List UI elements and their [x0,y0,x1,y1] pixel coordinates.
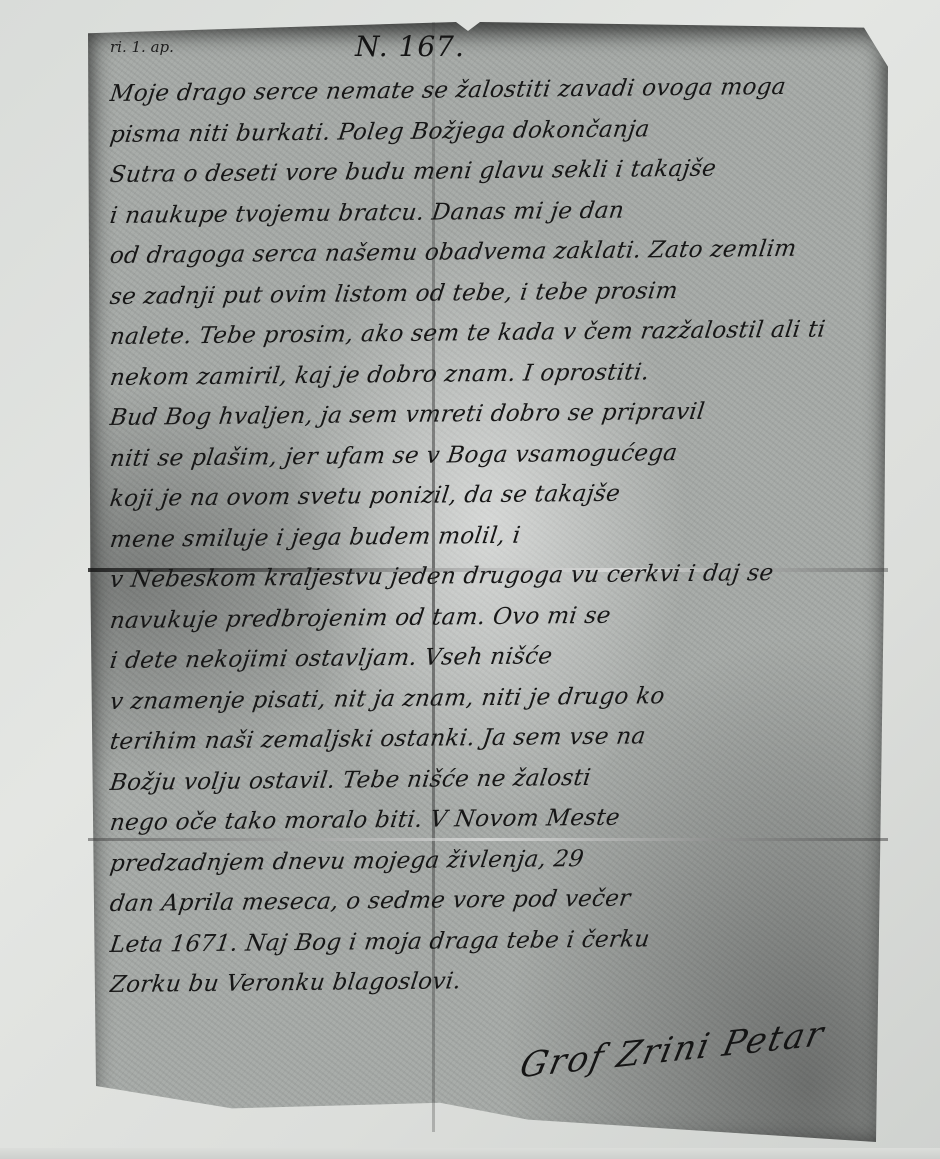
photo-background-edge [0,1148,940,1159]
letter-line: Zorku bu Veronku blagoslovi. [107,957,872,1006]
date-note: ri. 1. ap. [110,38,174,56]
letter-header: ri. 1. ap. N. 167. [100,30,880,70]
document-number: N. 167. [355,30,465,63]
letter-body: Moje drago serce nemate se žalostiti zav… [110,74,870,1006]
